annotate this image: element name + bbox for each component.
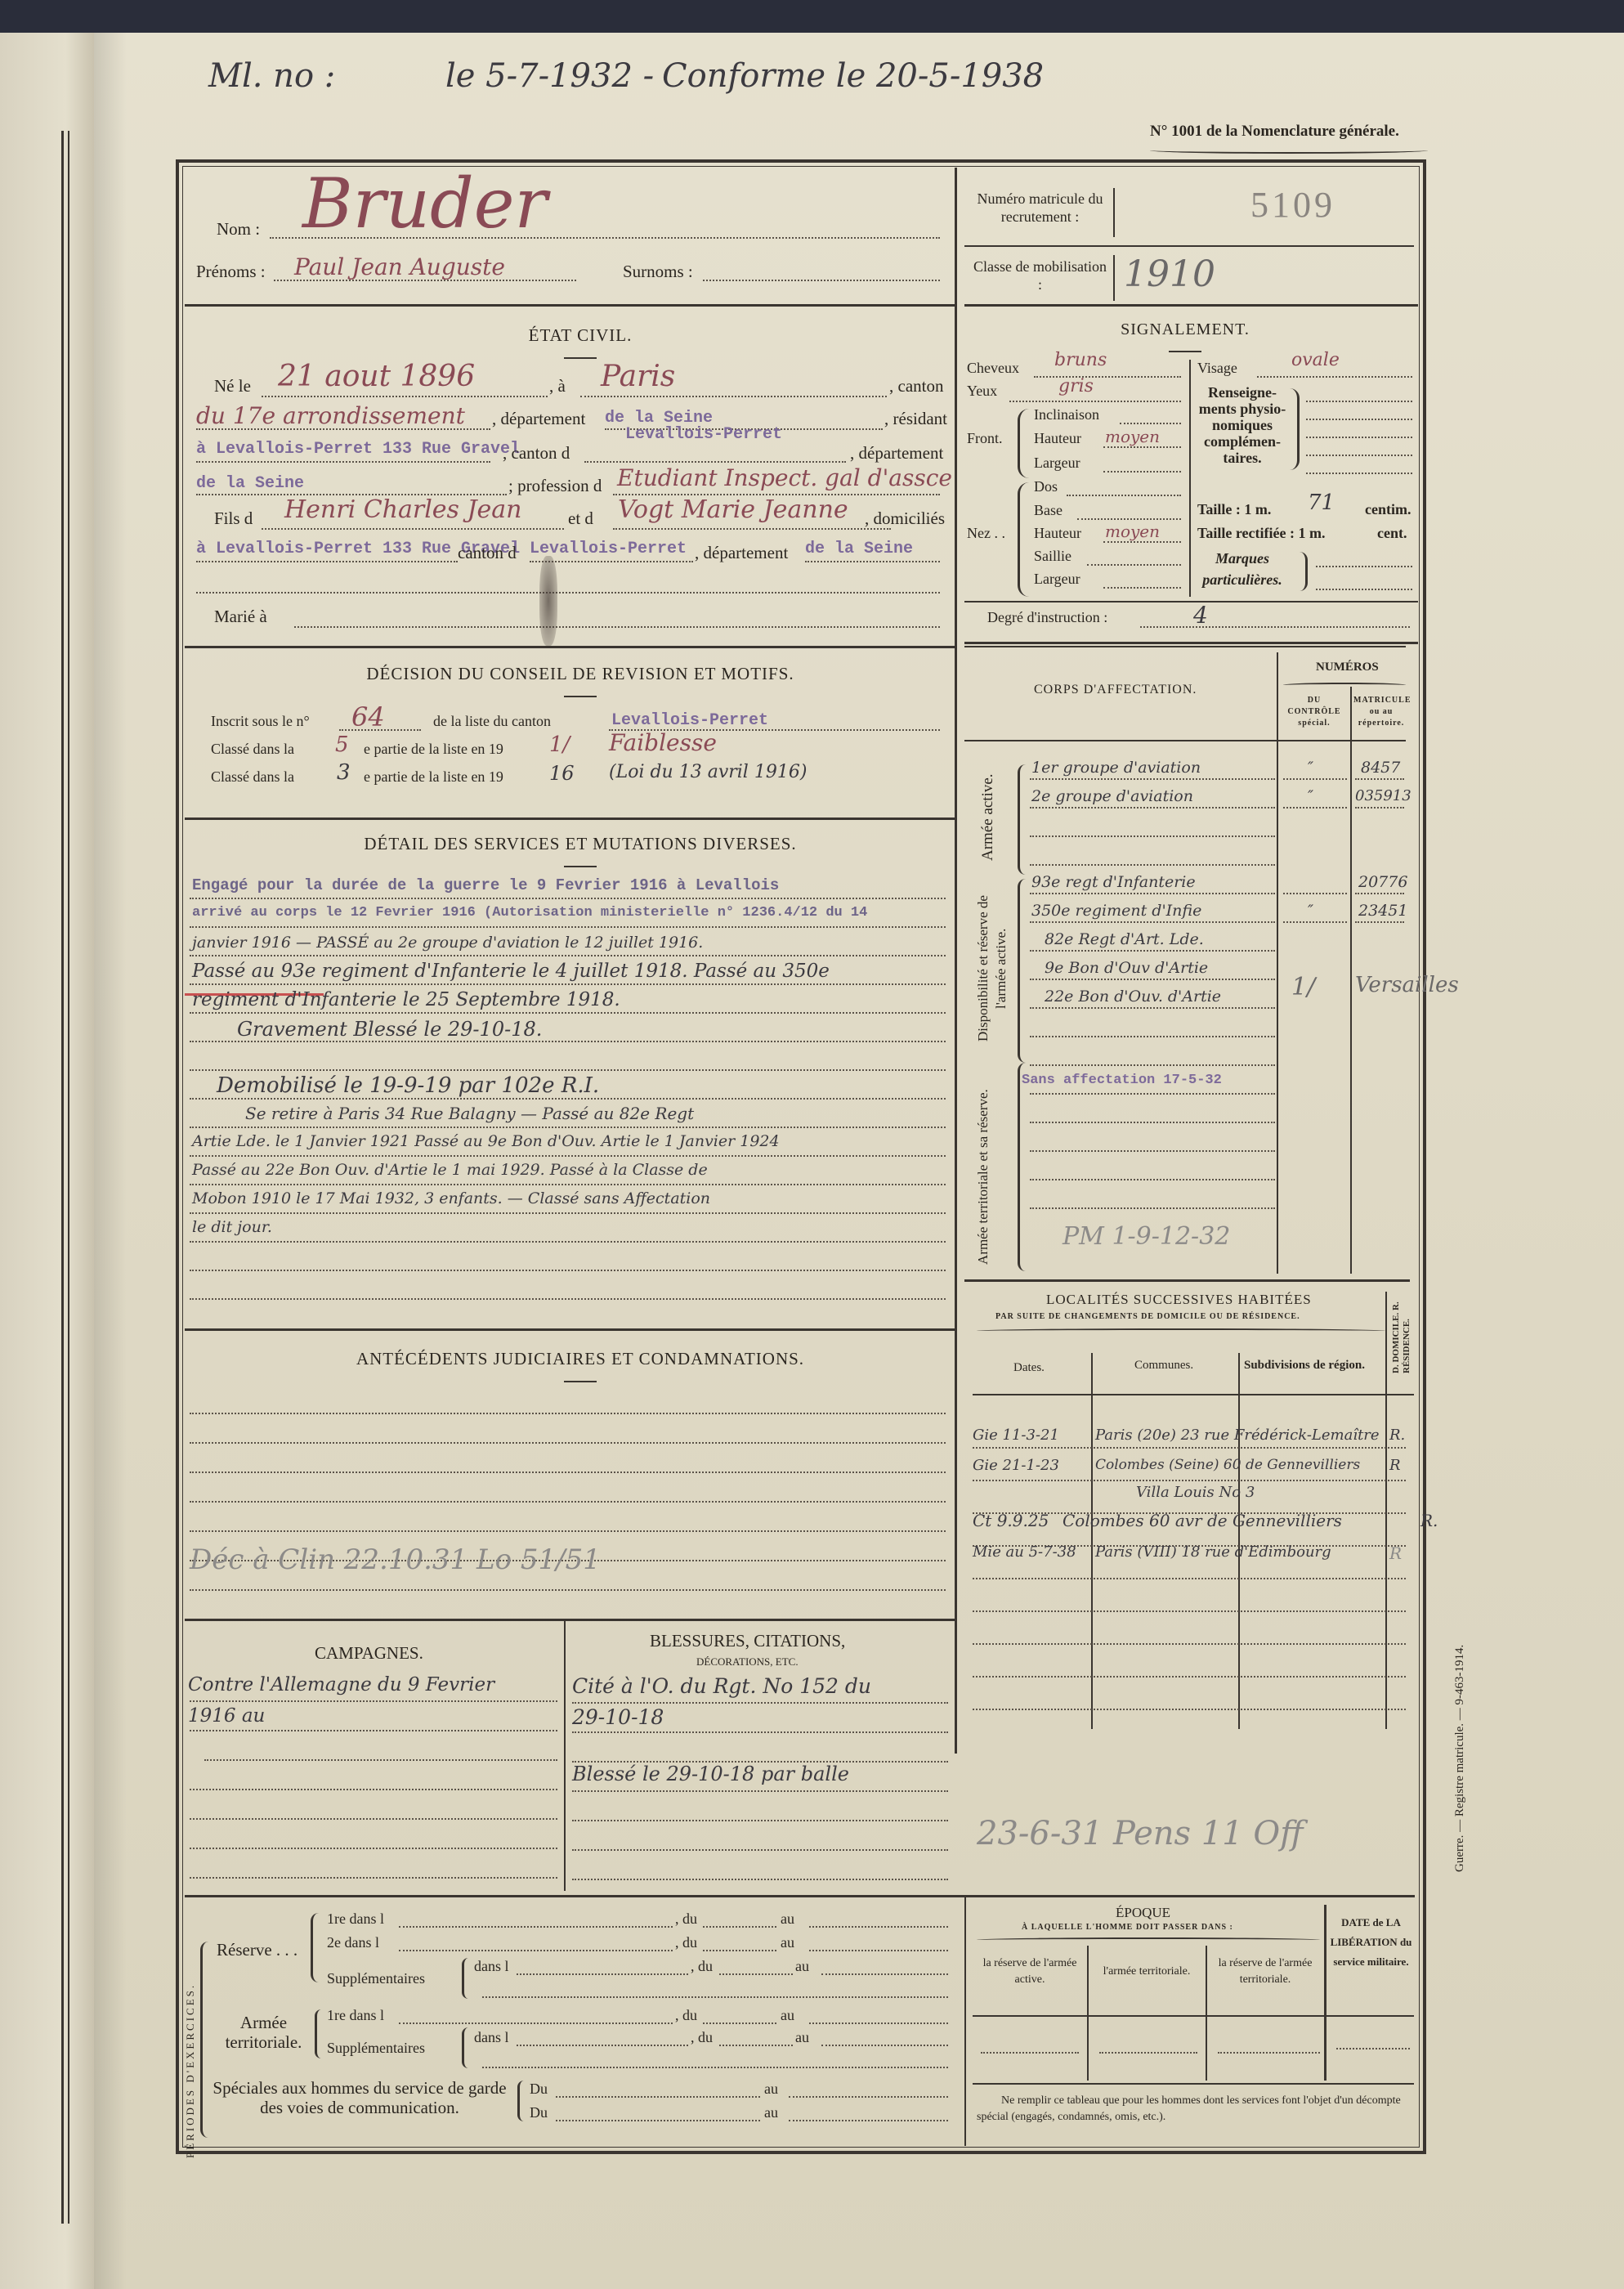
camp-rule — [190, 1818, 557, 1820]
loc-date-2: Gie 21-1-23 — [973, 1457, 1059, 1474]
localites-brace — [977, 1328, 1385, 1333]
epoque-bottom-divider — [973, 2083, 1414, 2085]
per-rule — [703, 2022, 776, 2024]
blessures-subheading: DÉCORATIONS, ETC. — [696, 1655, 799, 1669]
nom-label: Nom : — [217, 219, 260, 240]
per-rule — [809, 1950, 948, 1951]
epoque-rule — [1218, 2052, 1320, 2054]
departement2-label: , département — [850, 443, 943, 464]
per-rule — [821, 1973, 948, 1975]
services-rule-5 — [190, 1041, 946, 1042]
per-rule — [517, 2045, 688, 2046]
prenoms-label: Prénoms : — [196, 262, 266, 282]
affectation-matricule-5: 23451 — [1358, 902, 1407, 920]
aff-rule — [1030, 864, 1275, 866]
speciales-brace — [517, 2081, 524, 2121]
taille-label: Taille : 1 m. — [1197, 501, 1271, 518]
dos-label: Dos — [1034, 478, 1058, 495]
residant-value: à Levallois-Perret 133 Rue Gravel — [196, 440, 520, 459]
yeux-value: gris — [1058, 376, 1094, 396]
bless-rule — [572, 1731, 948, 1733]
loc-date-5: Mie au 5-7-38 — [973, 1543, 1076, 1561]
yeux-line — [1009, 401, 1181, 402]
classe2-label-b: e partie de la liste en 19 — [364, 768, 503, 786]
et-de-label: et d — [568, 508, 593, 529]
front-label: Front. — [967, 430, 1003, 447]
terr-supp-au: au — [795, 2029, 809, 2046]
per-rule — [482, 1996, 948, 1998]
adjacent-page-left — [0, 33, 94, 2289]
bless-rule — [572, 1849, 948, 1851]
aff-rule — [1030, 1007, 1275, 1009]
affectation-controle-2: ″ — [1308, 787, 1313, 805]
territoriale-brace — [315, 2009, 321, 2058]
marie-line — [294, 626, 940, 628]
reserve-2e-du: , du — [675, 1934, 697, 1951]
cheveux-label: Cheveux — [967, 360, 1019, 377]
service-line-9: Se retire à Paris 34 Rue Balagny — Passé… — [245, 1104, 694, 1123]
taille-unit: centim. — [1365, 501, 1411, 518]
marie-label: Marié à — [214, 607, 267, 627]
loc-commune-1: Paris (20e) 23 rue Frédérick-Lemaître — [1095, 1427, 1380, 1444]
brace-disponibilite — [1018, 879, 1026, 1063]
col-subdivisions: Subdivisions de région. — [1244, 1359, 1365, 1373]
service-line-12: Mobon 1910 le 17 Mai 1932, 3 enfants. — … — [192, 1189, 710, 1207]
domicilies-label: , domiciliés — [865, 508, 945, 529]
ant-rule — [190, 1471, 946, 1473]
services-rule-14 — [190, 1298, 946, 1300]
blessure-line-4: Blessé le 29-10-18 par balle — [572, 1763, 849, 1785]
ne-le-line — [262, 396, 548, 397]
fils-de-line — [262, 528, 564, 530]
inclinaison-label: Inclinaison — [1034, 406, 1099, 423]
ant-rule — [190, 1501, 946, 1503]
classe2-partie: 3 — [337, 760, 351, 785]
matricule-value: 5109 — [1250, 184, 1335, 226]
ant-rule — [190, 1442, 946, 1444]
camp-rule — [190, 1789, 557, 1790]
divider-etat-civil — [185, 646, 955, 648]
dos-line — [1067, 495, 1181, 496]
bless-rule — [572, 1790, 948, 1792]
periodes-side-label: PÉRIODES D'EXERCICES. — [184, 1946, 197, 2158]
pension-pencil-note: 23-6-31 Pens 11 Off — [977, 1815, 1304, 1852]
loc-commune-2: Colombes (Seine) 60 de Gennevilliers — [1095, 1457, 1360, 1473]
service-line-13: le dit jour. — [192, 1218, 272, 1236]
per-rule — [556, 2096, 760, 2098]
reserve-1re-du: , du — [675, 1910, 697, 1928]
reserve-brace — [311, 1913, 319, 1982]
loc-dr-2: R — [1389, 1457, 1401, 1474]
base-label: Base — [1034, 502, 1063, 519]
epoque-col-1 — [1087, 1946, 1089, 2081]
localites-col-3 — [1385, 1292, 1387, 1729]
departement3-line — [805, 561, 940, 562]
renseignement-line-4 — [1306, 455, 1412, 456]
reserve-2e-label: 2e dans l — [327, 1934, 379, 1951]
numeros-heading: NUMÉROS — [1316, 661, 1379, 674]
section-armee-active: Armée active. — [979, 760, 997, 875]
per-rule — [821, 2045, 948, 2046]
divider-degre — [964, 642, 1418, 644]
epoque-col-3 — [1324, 1905, 1326, 2081]
loc-dr-5: R — [1389, 1543, 1402, 1563]
loc-commune-3: Villa Louis No 3 — [1136, 1484, 1255, 1501]
degre-label: Degré d'instruction : — [987, 609, 1107, 626]
per-rule — [809, 1926, 948, 1928]
loc-rule — [973, 1709, 1406, 1710]
classe2-label-a: Classé dans la — [211, 768, 294, 786]
affectation-corps-1: 1er groupe d'aviation — [1031, 759, 1201, 777]
reserve-2e-au: au — [781, 1934, 794, 1951]
services-rule-13 — [190, 1270, 946, 1271]
inscrit-value: 64 — [351, 701, 385, 732]
col-dates: Dates. — [1013, 1361, 1045, 1375]
service-line-2: arrivé au corps le 12 Fevrier 1916 (Auto… — [192, 905, 867, 921]
loc-date-4: Ct 9.9.25 — [973, 1511, 1049, 1530]
epoque-col-reserve-territoriale: la réserve de l'armée territoriale. — [1208, 1955, 1322, 1988]
loc-rule — [973, 1643, 1406, 1645]
residant-line — [196, 461, 490, 463]
classe-label: Classe de mobilisation : — [973, 258, 1107, 293]
per-rule — [399, 2022, 673, 2024]
loc-rule — [973, 1610, 1406, 1612]
matricule-label: Numéro matricule du recrutement : — [973, 190, 1107, 226]
services-rule-12 — [190, 1241, 946, 1243]
aff-rule — [1030, 1036, 1275, 1037]
terr-supp-label: Supplémentaires — [327, 2040, 425, 2057]
aff-rule — [1030, 807, 1275, 809]
visage-label: Visage — [1197, 360, 1237, 377]
renseignement-line-3 — [1306, 437, 1412, 438]
affectation-pm-note: PM 1-9-12-32 — [1063, 1222, 1230, 1251]
classe2-motif: (Loi du 13 avril 1916) — [609, 762, 807, 782]
services-heading: DÉTAIL DES SERVICES ET MUTATIONS DIVERSE… — [294, 834, 866, 867]
affectation-top — [964, 646, 1406, 647]
divider-signalement — [964, 601, 1418, 602]
reserve-1re-label: 1re dans l — [327, 1910, 384, 1928]
nez-largeur-label: Largeur — [1034, 571, 1080, 588]
yeux-label: Yeux — [967, 383, 997, 400]
top-note-ml: Ml. no : — [208, 57, 335, 95]
affectation-corps-5: 350e regiment d'Infie — [1031, 902, 1201, 920]
divider-identity — [185, 304, 955, 307]
ant-rule — [190, 1530, 946, 1532]
brace-active — [1018, 764, 1026, 875]
classe1-motif: Faiblesse — [609, 729, 717, 756]
campagne-line-1: Contre l'Allemagne du 9 Fevrier — [188, 1674, 494, 1695]
epoque-subheading: À LAQUELLE L'HOMME DOIT PASSER DANS : — [1022, 1923, 1233, 1932]
antecedents-heading: ANTÉCÉDENTS JUDICIAIRES ET CONDAMNATIONS… — [294, 1349, 866, 1382]
taille-rectifiee-unit: cent. — [1377, 525, 1407, 542]
camp-rule — [204, 1759, 557, 1761]
front-hauteur-value: moyen — [1105, 427, 1160, 446]
degre-line — [1140, 626, 1410, 628]
ne-le-label: Né le — [214, 376, 251, 396]
affectation-sans-affectation: Sans affectation 17-5-32 — [1022, 1073, 1222, 1088]
binding-shadow — [94, 33, 127, 2289]
saillie-line — [1087, 564, 1181, 566]
taille-rectifiee-label: Taille rectifiée : 1 m. — [1197, 525, 1325, 542]
classe1-label-b: e partie de la liste en 19 — [364, 741, 503, 758]
loc-rule — [973, 1676, 1406, 1678]
ant-rule — [190, 1589, 946, 1591]
section-territoriale: Armée territoriale et sa réserve. — [974, 1087, 1015, 1267]
affectation-corps-8: 22e Bon d'Ouv. d'Artie — [1045, 988, 1221, 1006]
ne-le-value: 21 aout 1896 — [278, 360, 475, 393]
epoque-rule — [1336, 2048, 1410, 2049]
visage-line — [1257, 376, 1412, 378]
per-rule — [556, 2120, 760, 2121]
base-line — [1077, 518, 1181, 520]
etat-civil-heading: ÉTAT CIVIL. — [458, 325, 703, 359]
camp-rule — [190, 1730, 557, 1731]
marques-label: Marques particulières. — [1197, 548, 1287, 590]
affectation-controle-5: ″ — [1308, 902, 1313, 920]
loc-dr-4: R. — [1420, 1511, 1438, 1530]
renseignement-line-1 — [1306, 401, 1412, 402]
taille-value: 71 — [1308, 490, 1335, 515]
loc-commune-4: Colombes 60 avr de Gennevilliers — [1063, 1511, 1342, 1530]
departement2-value: de la Seine — [196, 474, 304, 493]
blank-line — [196, 592, 940, 594]
et-de-line — [613, 528, 891, 530]
affectation-corps-7: 9e Bon d'Ouv d'Artie — [1045, 959, 1208, 977]
departement-label: , département — [492, 409, 585, 429]
services-rule-3 — [190, 983, 946, 985]
per-rule — [719, 1973, 793, 1975]
localites-header-divider — [973, 1394, 1414, 1395]
epoque-col-reserve-active: la réserve de l'armée active. — [977, 1955, 1083, 1988]
epoque-col-2 — [1206, 1946, 1207, 2081]
aff-rule — [1355, 807, 1404, 809]
per-rule — [399, 1926, 673, 1928]
divider-conseil — [185, 817, 955, 820]
divider-campagnes — [185, 1895, 1415, 1897]
numeros-brace — [1283, 683, 1406, 688]
speciales-au-1: au — [764, 2081, 778, 2098]
front-largeur-line — [1103, 471, 1181, 473]
aff-rule — [1355, 893, 1404, 894]
epoque-footnote: Ne remplir ce tableau que pour les homme… — [977, 2093, 1410, 2125]
aff-rule — [1283, 807, 1347, 809]
cheveux-value: bruns — [1054, 350, 1107, 370]
canton-value: du 17e arrondissement — [196, 402, 465, 429]
fils-de-label: Fils d — [214, 508, 253, 529]
ink-stain — [539, 556, 557, 646]
classe1-label-a: Classé dans la — [211, 741, 294, 758]
blessure-line-2: 29-10-18 — [572, 1705, 664, 1729]
reserve-1re-au: au — [781, 1910, 794, 1928]
per-rule — [703, 1926, 776, 1928]
per-rule — [789, 2120, 948, 2121]
reserve-supp-du: , du — [691, 1958, 713, 1975]
camp-rule — [190, 1877, 557, 1879]
renseignements-brace — [1290, 388, 1300, 470]
service-line-11: Passé au 22e Bon Ouv. d'Artie le 1 mai 1… — [192, 1161, 708, 1179]
divider-services — [185, 1328, 955, 1331]
camp-rule — [190, 1848, 557, 1849]
ant-rule — [190, 1413, 946, 1414]
localites-col-1 — [1091, 1353, 1093, 1729]
nomenclature-label: N° 1001 de la Nomenclature générale. — [1150, 123, 1428, 154]
classe-value: 1910 — [1124, 253, 1215, 295]
divider-affectation — [964, 1279, 1410, 1282]
campagne-line-2: 1916 au — [188, 1705, 265, 1727]
service-line-10: Artie Lde. le 1 Janvier 1921 Passé au 9e… — [192, 1132, 780, 1150]
per-rule — [517, 1973, 688, 1975]
epoque-rule — [981, 2052, 1079, 2054]
services-rule-8 — [190, 1127, 946, 1128]
loc-date-1: Gie 11-3-21 — [973, 1427, 1059, 1444]
nez-hauteur-line — [1103, 541, 1181, 543]
col-matricule: MATRICULE ou au répertoire. — [1353, 695, 1409, 729]
classe1-partie: 5 — [335, 732, 349, 757]
speciales-label: Spéciales aux hommes du service de garde… — [204, 2078, 515, 2117]
speciales-au-2: au — [764, 2104, 778, 2121]
terr-supp-brace — [462, 2027, 468, 2068]
loc-rule — [973, 1447, 1406, 1449]
marques-line-1 — [1316, 566, 1412, 567]
divider-matricule — [964, 245, 1414, 247]
marques-brace — [1300, 552, 1308, 591]
matricule-brace — [1113, 188, 1115, 237]
aff-rule — [1355, 778, 1404, 780]
canton2-value: Levallois-Perret — [625, 425, 782, 444]
service-line-4: Passé au 93e regiment d'Infanterie le 4 … — [192, 961, 830, 982]
affectation-corps-6: 82e Regt d'Art. Lde. — [1045, 930, 1204, 948]
aff-rule — [1030, 950, 1275, 952]
affectation-heading: CORPS D'AFFECTATION. — [1034, 683, 1197, 697]
aff-rule — [1030, 979, 1275, 980]
nez-largeur-line — [1103, 587, 1181, 589]
services-rule-4 — [190, 1012, 946, 1014]
per-rule — [399, 1950, 673, 1951]
surnoms-line — [703, 280, 940, 281]
front-largeur-label: Largeur — [1034, 455, 1080, 472]
reserve-label: Réserve . . . — [217, 1940, 298, 1960]
aff-rule — [1030, 1179, 1275, 1180]
loc-commune-5: Paris (VIII) 18 rue d'Edimbourg — [1095, 1543, 1331, 1561]
affectation-matricule-4: 20776 — [1358, 873, 1407, 891]
campagnes-heading: CAMPAGNES. — [315, 1643, 423, 1664]
speciales-du-2: Du — [530, 2104, 548, 2121]
reserve-supp-au: au — [795, 1958, 809, 1975]
surnoms-label: Surnoms : — [623, 262, 693, 282]
aff-rule — [1030, 1122, 1275, 1123]
services-rule-10 — [190, 1184, 946, 1185]
top-note-date: le 5-7-1932 - — [445, 57, 654, 95]
nez-label: Nez . . — [967, 525, 1005, 542]
profession-value: Etudiant Inspect. gal d'assce — [617, 464, 952, 491]
aff-rule — [1030, 893, 1275, 894]
col-communes: Communes. — [1134, 1359, 1193, 1373]
domicile-line — [196, 561, 458, 562]
affectation-controle-8: 1/ — [1291, 973, 1315, 1001]
epoque-rule — [1099, 2052, 1197, 2054]
affectation-matricule-1: 8457 — [1361, 759, 1400, 777]
service-line-6: Gravement Blessé le 29-10-18. — [237, 1018, 542, 1041]
et-de-value: Vogt Marie Jeanne — [618, 495, 848, 524]
affectation-corps-2: 2e groupe d'aviation — [1031, 787, 1193, 805]
per-rule — [789, 2096, 948, 2098]
affectation-controle-1: ″ — [1308, 759, 1313, 777]
per-rule — [482, 2067, 948, 2068]
bless-rule — [572, 1879, 948, 1880]
affectation-header-divider — [964, 740, 1406, 741]
column-divider — [955, 168, 957, 1754]
affectation-col-divider-1 — [1277, 652, 1278, 1274]
canton3-value: Levallois-Perret — [530, 540, 687, 558]
a-value: Paris — [601, 360, 675, 393]
services-rule-7 — [190, 1098, 946, 1100]
blessures-heading: BLESSURES, CITATIONS, — [650, 1631, 845, 1651]
epoque-brace — [977, 1937, 1320, 1942]
service-line-1: Engagé pour la durée de la guerre le 9 F… — [192, 876, 779, 894]
blessure-line-1: Cité à l'O. du Rgt. No 152 du — [572, 1674, 871, 1698]
affectation-col-divider-2 — [1350, 687, 1352, 1274]
aff-rule — [1030, 778, 1275, 780]
antecedents-note: Déc à Clin 22.10.31 Lo 51/51 — [190, 1543, 601, 1576]
front-brace — [1018, 409, 1029, 478]
classe-brace — [1113, 255, 1115, 301]
localites-col-2 — [1238, 1353, 1240, 1729]
departement3-label: , département — [695, 543, 788, 563]
nez-brace — [1018, 482, 1029, 597]
canton3-label: canton d — [458, 543, 517, 563]
date-liberation-heading: DATE de LA LIBÉRATION du service militai… — [1328, 1913, 1414, 1972]
camp-rule — [190, 1700, 557, 1702]
saillie-label: Saillie — [1034, 548, 1071, 565]
nez-hauteur-label: Hauteur — [1034, 525, 1081, 542]
loc-rule — [973, 1480, 1406, 1481]
epoque-header-divider — [973, 2015, 1414, 2017]
per-rule — [809, 2022, 948, 2024]
reserve-supp-label: Supplémentaires — [327, 1970, 425, 1987]
affectation-corps-4: 93e regt d'Infanterie — [1031, 873, 1196, 891]
service-line-5: regiment d'Infanterie le 25 Septembre 19… — [192, 989, 620, 1010]
renseignement-line-2 — [1306, 419, 1412, 420]
bless-rule — [572, 1702, 948, 1704]
aff-rule — [1283, 893, 1347, 894]
terr-1re-du: , du — [675, 2007, 697, 2024]
divider-antecedents — [185, 1619, 955, 1621]
campagnes-divider — [564, 1621, 566, 1891]
profession-label: ; profession d — [508, 476, 602, 496]
a-line — [580, 396, 887, 397]
cheveux-line — [1034, 376, 1181, 378]
conseil-heading: DÉCISION DU CONSEIL DE REVISION ET MOTIF… — [294, 664, 866, 697]
adjacent-page-frame — [61, 131, 69, 2224]
residant-label: , résidant — [884, 409, 947, 429]
inclinaison-line — [1120, 423, 1181, 424]
canton-label: , canton — [889, 376, 943, 396]
epoque-divider — [964, 1897, 966, 2146]
section-disponibilite: Disponibilité et réserve de l'armée acti… — [974, 875, 1015, 1063]
terr-1re-au: au — [781, 2007, 794, 2024]
aff-rule — [1030, 1150, 1275, 1152]
aff-rule — [1030, 1093, 1275, 1095]
degre-value: 4 — [1193, 602, 1208, 629]
localites-heading: LOCALITÉS SUCCESSIVES HABITÉES — [1046, 1292, 1312, 1308]
aff-rule — [1030, 835, 1275, 837]
aff-rule — [1355, 921, 1404, 923]
canton2-label: , canton d — [503, 443, 570, 464]
reserve-supp-brace — [462, 1958, 468, 1999]
renseignement-line-5 — [1306, 473, 1412, 474]
front-hauteur-label: Hauteur — [1034, 430, 1081, 447]
services-rule-9 — [190, 1155, 946, 1157]
